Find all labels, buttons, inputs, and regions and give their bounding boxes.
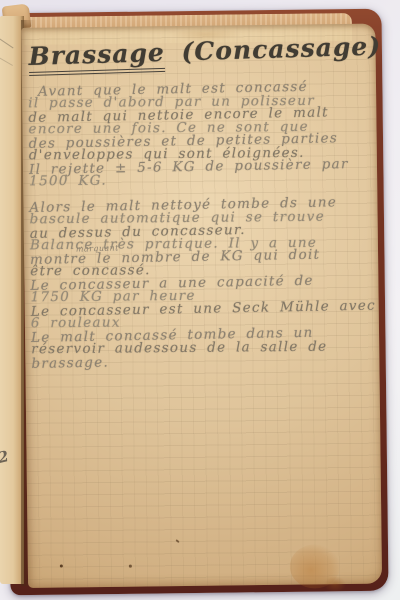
paragraph: Alors le malt nettoyé tombe ds une bascu… xyxy=(29,197,371,370)
notebook-photo: 2 Brassage (Concassage) Avant que le mal… xyxy=(0,0,400,600)
sliver-page-number: 2 xyxy=(0,447,10,467)
speck xyxy=(60,564,63,567)
page-title-underlined: Brassage xyxy=(28,38,165,76)
handwritten-line: brassage. xyxy=(31,352,371,371)
sliver-pencil-mark xyxy=(0,55,13,66)
paragraph: Avant que le malt est concassé il passe … xyxy=(28,81,369,189)
speck xyxy=(129,565,132,568)
handwriting-block: Avant que le malt est concassé il passe … xyxy=(28,81,371,370)
inserted-word-note: marquant xyxy=(76,243,119,253)
sliver-pencil-mark xyxy=(0,36,14,48)
notebook-page: Brassage (Concassage) Avant que le malt … xyxy=(21,24,382,588)
page-title-row: Brassage (Concassage) xyxy=(28,31,381,71)
speck xyxy=(175,539,179,543)
page-title-rest: (Concassage) xyxy=(181,31,381,66)
handwritten-line: 1500 KG. xyxy=(29,172,369,188)
